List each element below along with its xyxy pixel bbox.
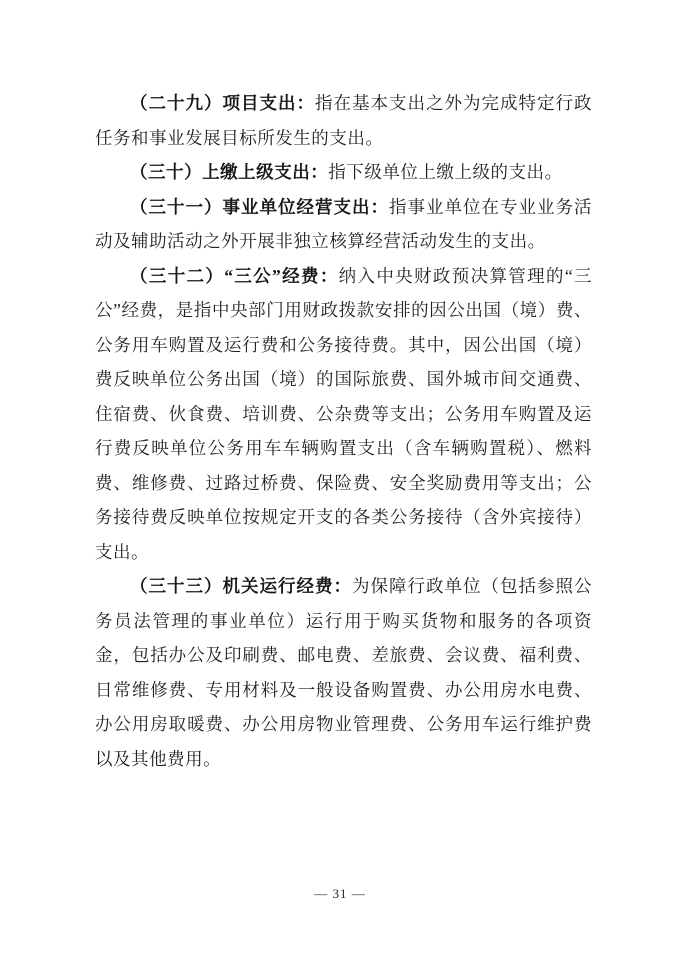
term-definition: 为保障行政单位（包括参照公务员法管理的事业单位）运行用于购买货物和服务的各项资金… — [95, 576, 592, 769]
term-heading: （三十一）事业单位经营支出： — [130, 197, 389, 217]
definition-paragraph: （三十三）机关运行经费：为保障行政单位（包括参照公务员法管理的事业单位）运行用于… — [95, 569, 592, 776]
term-heading: （二十九）项目支出： — [130, 93, 315, 113]
term-heading: （三十二）“三公”经费： — [130, 266, 339, 286]
term-heading: （三十）上缴上级支出： — [130, 162, 328, 182]
page-number: — 31 — — [0, 884, 680, 904]
document-page: （二十九）项目支出：指在基本支出之外为完成特定行政任务和事业发展目标所发生的支出… — [0, 0, 680, 967]
definition-paragraph: （三十）上缴上级支出：指下级单位上缴上级的支出。 — [95, 155, 592, 190]
definition-paragraph: （三十二）“三公”经费：纳入中央财政预决算管理的“三公”经费，是指中央部门用财政… — [95, 259, 592, 570]
definition-paragraph: （二十九）项目支出：指在基本支出之外为完成特定行政任务和事业发展目标所发生的支出… — [95, 86, 592, 155]
term-definition: 指下级单位上缴上级的支出。 — [328, 162, 562, 182]
document-body: （二十九）项目支出：指在基本支出之外为完成特定行政任务和事业发展目标所发生的支出… — [95, 86, 592, 776]
definition-paragraph: （三十一）事业单位经营支出：指事业单位在专业业务活动及辅助活动之外开展非独立核算… — [95, 190, 592, 259]
term-heading: （三十三）机关运行经费： — [130, 576, 352, 596]
term-definition: 纳入中央财政预决算管理的“三公”经费，是指中央部门用财政拨款安排的因公出国（境）… — [95, 266, 592, 562]
